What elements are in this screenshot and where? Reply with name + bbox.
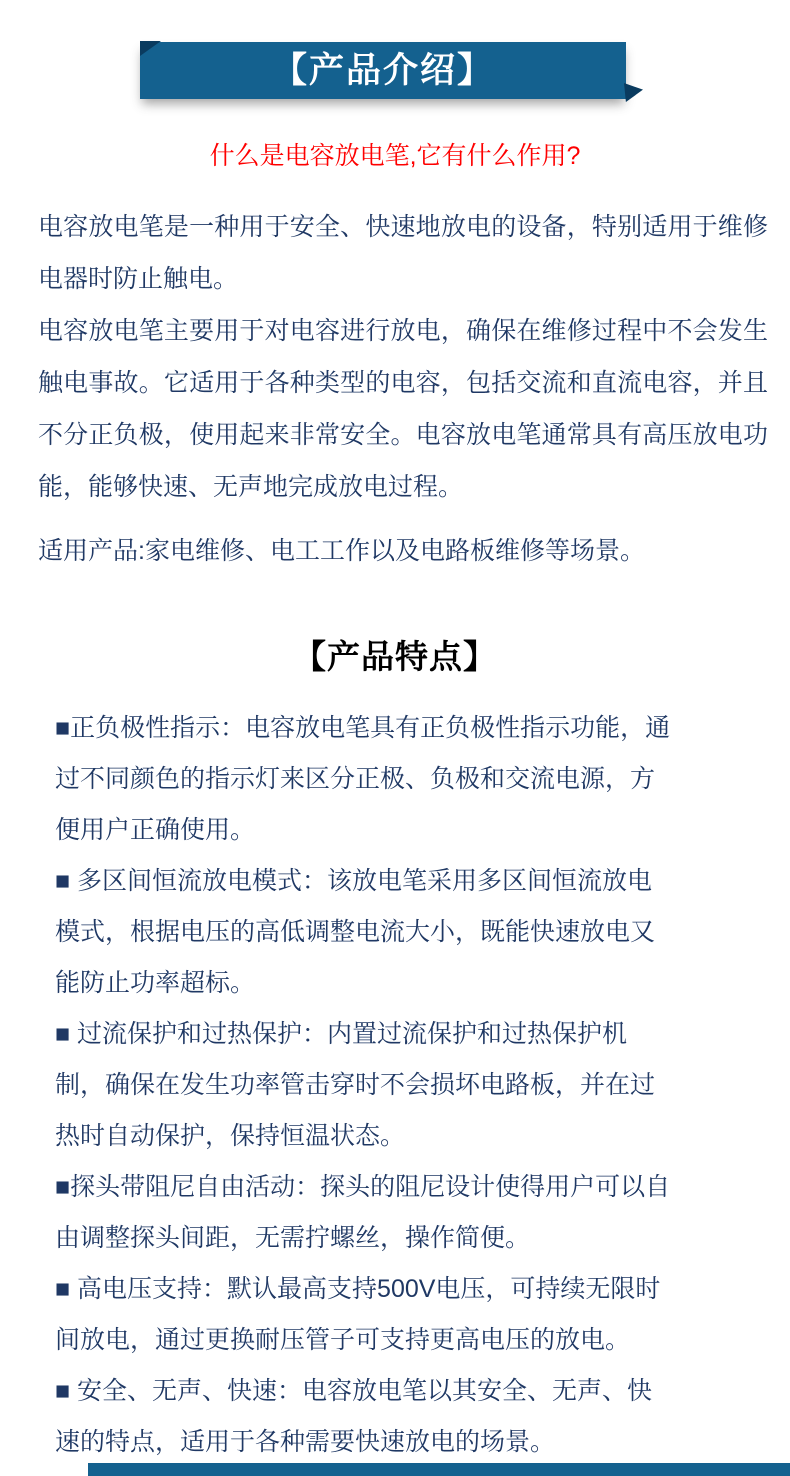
intro-question-heading: 什么是电容放电笔,它有什么作用? bbox=[0, 142, 790, 170]
intro-text-block: 电容放电笔是一种用于安全、快速地放电的设备，特别适用于维修电器时防止触电。 电容… bbox=[38, 201, 768, 577]
next-section-banner-edge bbox=[88, 1463, 790, 1476]
features-list: ■正负极性指示：电容放电笔具有正负极性指示功能，通过不同颜色的指示灯来区分正极、… bbox=[55, 703, 677, 1468]
feature-item-constant-current: ■ 多区间恒流放电模式：该放电笔采用多区间恒流放电模式，根据电压的高低调整电流大… bbox=[55, 856, 677, 1009]
ribbon-fold-bottomright-icon bbox=[624, 83, 643, 102]
feature-item-polarity: ■正负极性指示：电容放电笔具有正负极性指示功能，通过不同颜色的指示灯来区分正极、… bbox=[55, 703, 677, 856]
feature-item-high-voltage: ■ 高电压支持：默认最高支持500V电压，可持续无限时间放电，通过更换耐压管子可… bbox=[55, 1264, 677, 1366]
feature-item-protection: ■ 过流保护和过热保护：内置过流保护和过热保护机制，确保在发生功率管击穿时不会损… bbox=[55, 1009, 677, 1162]
features-heading: 【产品特点】 bbox=[0, 638, 790, 678]
intro-paragraph-1: 电容放电笔是一种用于安全、快速地放电的设备，特别适用于维修电器时防止触电。 bbox=[38, 201, 768, 305]
applicable-products-line: 适用产品:家电维修、电工工作以及电路板维修等场景。 bbox=[38, 525, 768, 577]
feature-item-safe-silent-fast: ■ 安全、无声、快速：电容放电笔以其安全、无声、快速的特点，适用于各种需要快速放… bbox=[55, 1366, 677, 1468]
banner-title: 【产品介绍】 bbox=[140, 42, 626, 99]
feature-item-probe-damping: ■探头带阻尼自由活动：探头的阻尼设计使得用户可以自由调整探头间距，无需拧螺丝，操… bbox=[55, 1162, 677, 1264]
intro-paragraph-2: 电容放电笔主要用于对电容进行放电，确保在维修过程中不会发生触电事故。它适用于各种… bbox=[38, 305, 768, 513]
intro-section-banner: 【产品介绍】 bbox=[140, 42, 626, 99]
